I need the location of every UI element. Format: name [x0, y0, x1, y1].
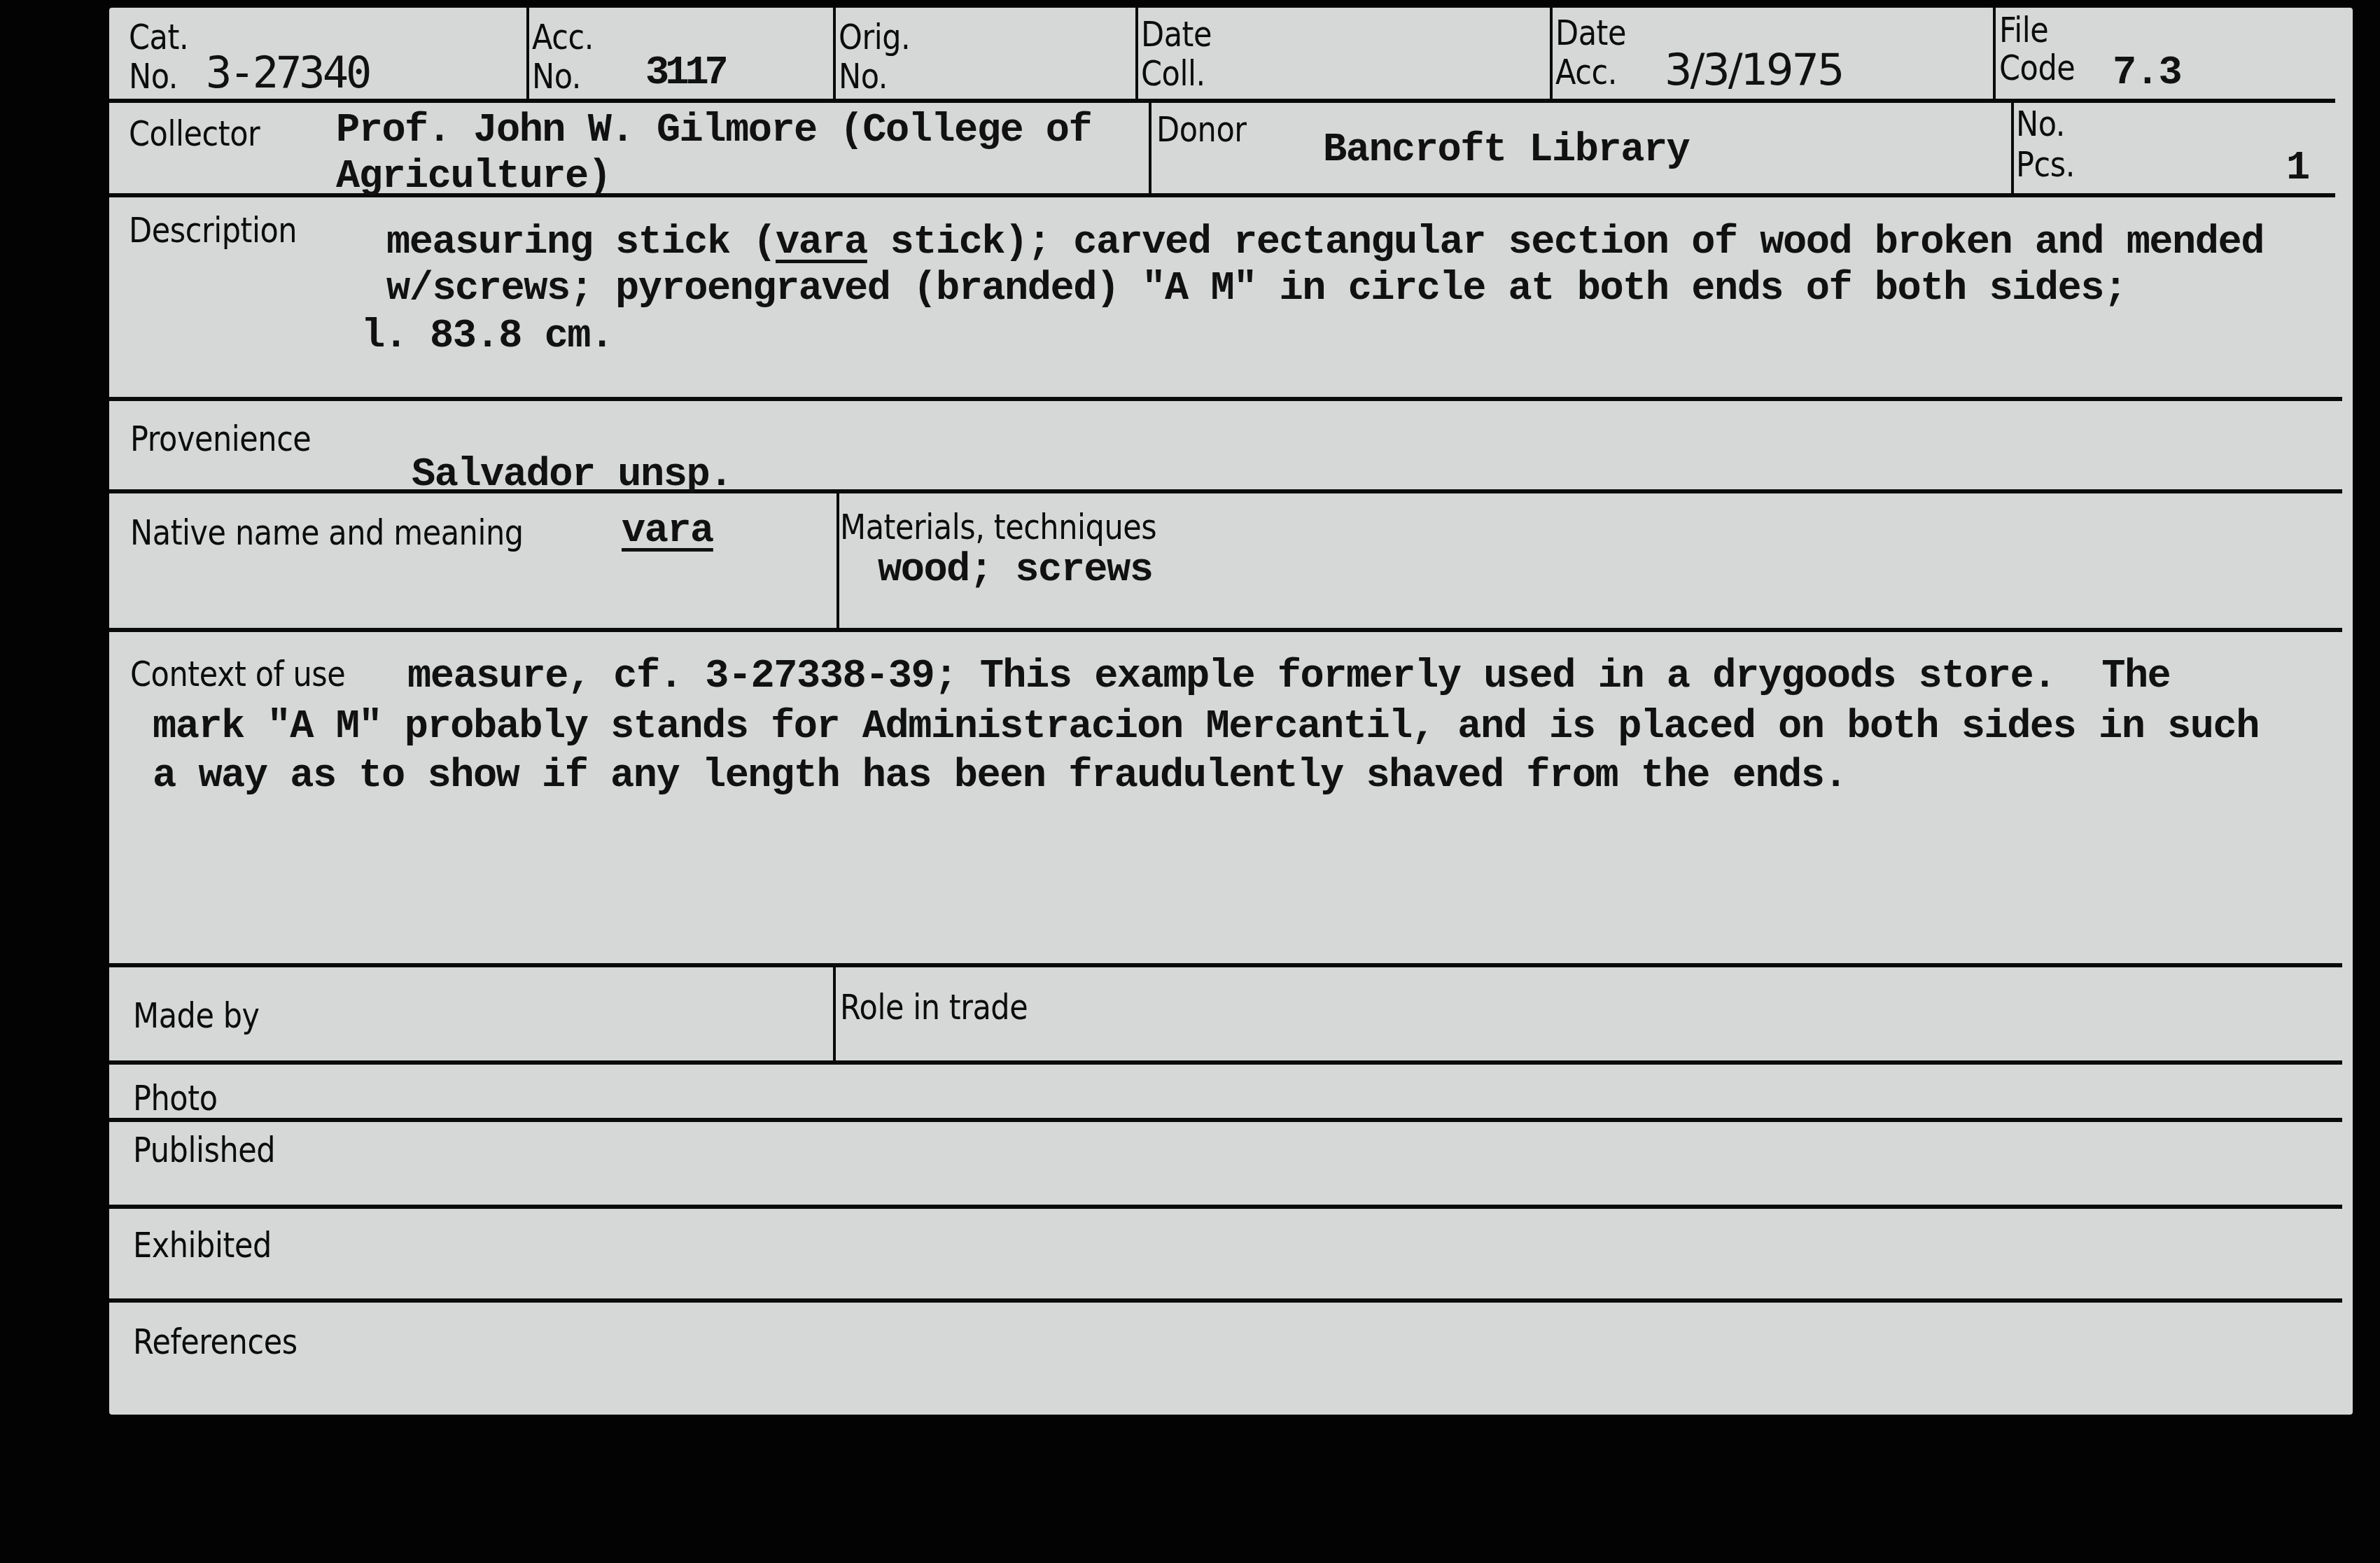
description-text: stick); carved rectangular section of wo… — [867, 220, 2264, 265]
catalog-card: Cat. No. 3-27340 Acc. No. 3117 Orig. No.… — [109, 8, 2353, 1415]
rule-header — [109, 99, 2335, 103]
collector-label: Collector — [129, 114, 260, 153]
date-acc-label-2: Acc. — [1555, 52, 1617, 92]
context-line1: measure, cf. 3-27338-39; This example fo… — [407, 653, 2170, 701]
divider-donor-pcs — [2011, 101, 2014, 195]
rule-photo — [109, 1118, 2342, 1122]
provenience-label: Provenience — [130, 419, 311, 458]
collector-value-line1: Prof. John W. Gilmore (College of — [336, 107, 1091, 155]
cat-no-label-1: Cat. — [129, 17, 188, 57]
context-line3: a way as to show if any length has been … — [153, 752, 1847, 800]
description-text: measuring stick ( — [386, 220, 776, 265]
donor-label: Donor — [1156, 110, 1247, 149]
made-by-label: Made by — [133, 996, 260, 1035]
rule-exhibited — [109, 1298, 2342, 1303]
native-name-value: vara — [622, 507, 713, 555]
divider-madeby-role — [833, 965, 836, 1063]
divider-native-materials — [836, 491, 839, 630]
orig-no-label-2: No. — [839, 57, 888, 96]
context-line2: mark "A M" probably stands for Administr… — [153, 703, 2259, 751]
acc-no-value: 3117 — [645, 50, 724, 97]
references-label: References — [133, 1322, 297, 1361]
divider-acc-orig — [833, 8, 836, 101]
divider-dateacc-file — [1993, 8, 1996, 101]
acc-no-label-2: No. — [532, 57, 581, 96]
materials-label: Materials, techniques — [840, 507, 1156, 547]
published-label: Published — [133, 1130, 275, 1170]
native-name-label: Native name and meaning — [130, 513, 524, 552]
divider-orig-datecoll — [1135, 8, 1138, 101]
exhibited-label: Exhibited — [133, 1226, 272, 1265]
context-label: Context of use — [130, 654, 345, 694]
file-code-label-1: File — [1999, 10, 2048, 50]
divider-collector-donor — [1149, 101, 1151, 195]
orig-no-label-1: Orig. — [839, 17, 910, 57]
divider-datecoll-dateacc — [1550, 8, 1553, 101]
file-code-label-2: Code — [1999, 48, 2075, 87]
rule-published — [109, 1205, 2342, 1209]
role-in-trade-label: Role in trade — [840, 988, 1028, 1027]
rule-made-by — [109, 1060, 2342, 1065]
materials-value: wood; screws — [878, 547, 1152, 594]
description-label: Description — [129, 211, 297, 250]
cat-no-label-2: No. — [129, 57, 178, 96]
date-coll-label-1: Date — [1141, 15, 1212, 54]
rule-context — [109, 963, 2342, 967]
divider-cat-acc — [526, 8, 529, 101]
donor-value: Bancroft Library — [1323, 127, 1689, 174]
provenience-value: Salvador unsp. — [412, 451, 732, 499]
date-acc-label-1: Date — [1555, 13, 1626, 52]
no-pcs-value: 1 — [2286, 145, 2309, 192]
collector-value-line2: Agriculture) — [336, 153, 610, 201]
rule-native-materials — [109, 628, 2342, 632]
file-code-value: 7.3 — [2113, 50, 2181, 97]
no-pcs-label-1: No. — [2016, 104, 2065, 143]
description-line1: measuring stick (vara stick); carved rec… — [386, 219, 2264, 267]
date-acc-value: 3/3/1975 — [1665, 44, 1842, 95]
date-coll-label-2: Coll. — [1141, 54, 1205, 93]
acc-no-label-1: Acc. — [532, 17, 594, 57]
description-underlined-term: vara — [776, 220, 867, 265]
cat-no-value: 3-27340 — [206, 47, 369, 98]
no-pcs-label-2: Pcs. — [2016, 145, 2075, 184]
description-line3: l. 83.8 cm. — [361, 313, 613, 360]
photo-label: Photo — [133, 1079, 218, 1118]
rule-description — [109, 397, 2342, 401]
description-line2: w/screws; pyroengraved (branded) "A M" i… — [386, 265, 2127, 313]
